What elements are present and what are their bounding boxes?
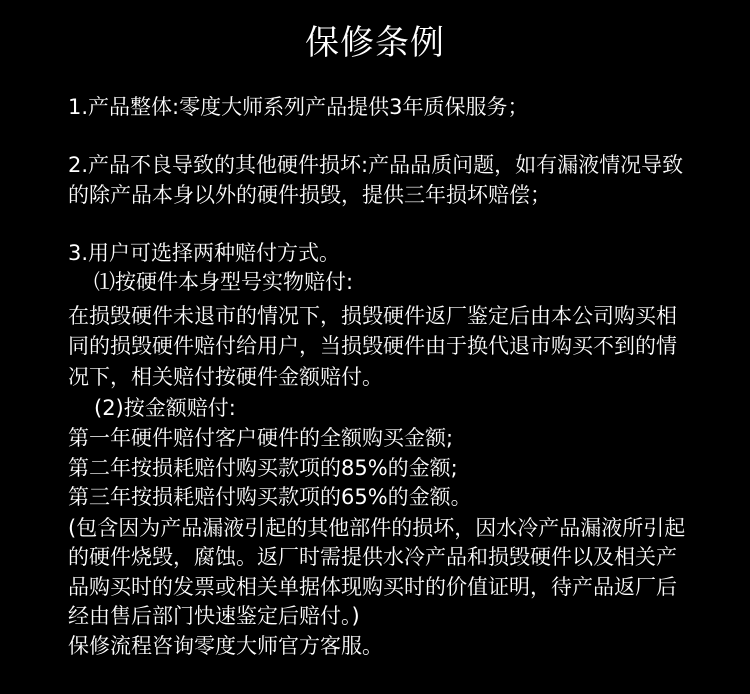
clause-1-text: 1.产品整体:零度大师系列产品提供3年质保服务； (68, 92, 528, 122)
clause-3-heading: 3.用户可选择两种赔付方式。 (68, 238, 340, 268)
option-2-year-2: 第二年按损耗赔付购买款项的85%的金额; (68, 453, 458, 483)
footer-note: 保修流程咨询零度大师官方客服。 (68, 631, 383, 661)
option-1-heading: ⑴按硬件本身型号实物赔付: (94, 267, 353, 297)
option-1-text-line-3: 况下，相关赔付按硬件金额赔付。 (68, 362, 383, 392)
page-title: 保修条例 (0, 20, 750, 66)
option-1-text-line-2: 同的损毁硬件赔付给用户，当损毁硬件由于换代退市购买不到的情 (68, 331, 677, 361)
option-2-heading: (2)按金额赔付: (94, 393, 236, 423)
note-line-4: 经由售后部门快速鉴定后赔付。) (68, 601, 360, 631)
option-2-year-3: 第三年按损耗赔付购买款项的65%的金额。 (68, 482, 472, 512)
option-2-year-1: 第一年硬件赔付客户硬件的全额购买金额; (68, 423, 453, 453)
note-line-3: 品购买时的发票或相关单据体现购买时的价值证明，待产品返厂后 (68, 572, 677, 602)
clause-2-text-line-1: 2.产品不良导致的其他硬件损坏:产品品质问题，如有漏液情况导致 (68, 150, 683, 180)
clause-2-text-line-2: 的除产品本身以外的硬件损毁，提供三年损坏赔偿； (68, 180, 551, 210)
option-1-text-line-1: 在损毁硬件未退市的情况下，损毁硬件返厂鉴定后由本公司购买相 (68, 301, 677, 331)
note-line-2: 的硬件烧毁，腐蚀。返厂时需提供水冷产品和损毁硬件以及相关产 (68, 542, 677, 572)
note-line-1: (包含因为产品漏液引起的其他部件的损坏，因水冷产品漏液所引起 (68, 513, 685, 543)
